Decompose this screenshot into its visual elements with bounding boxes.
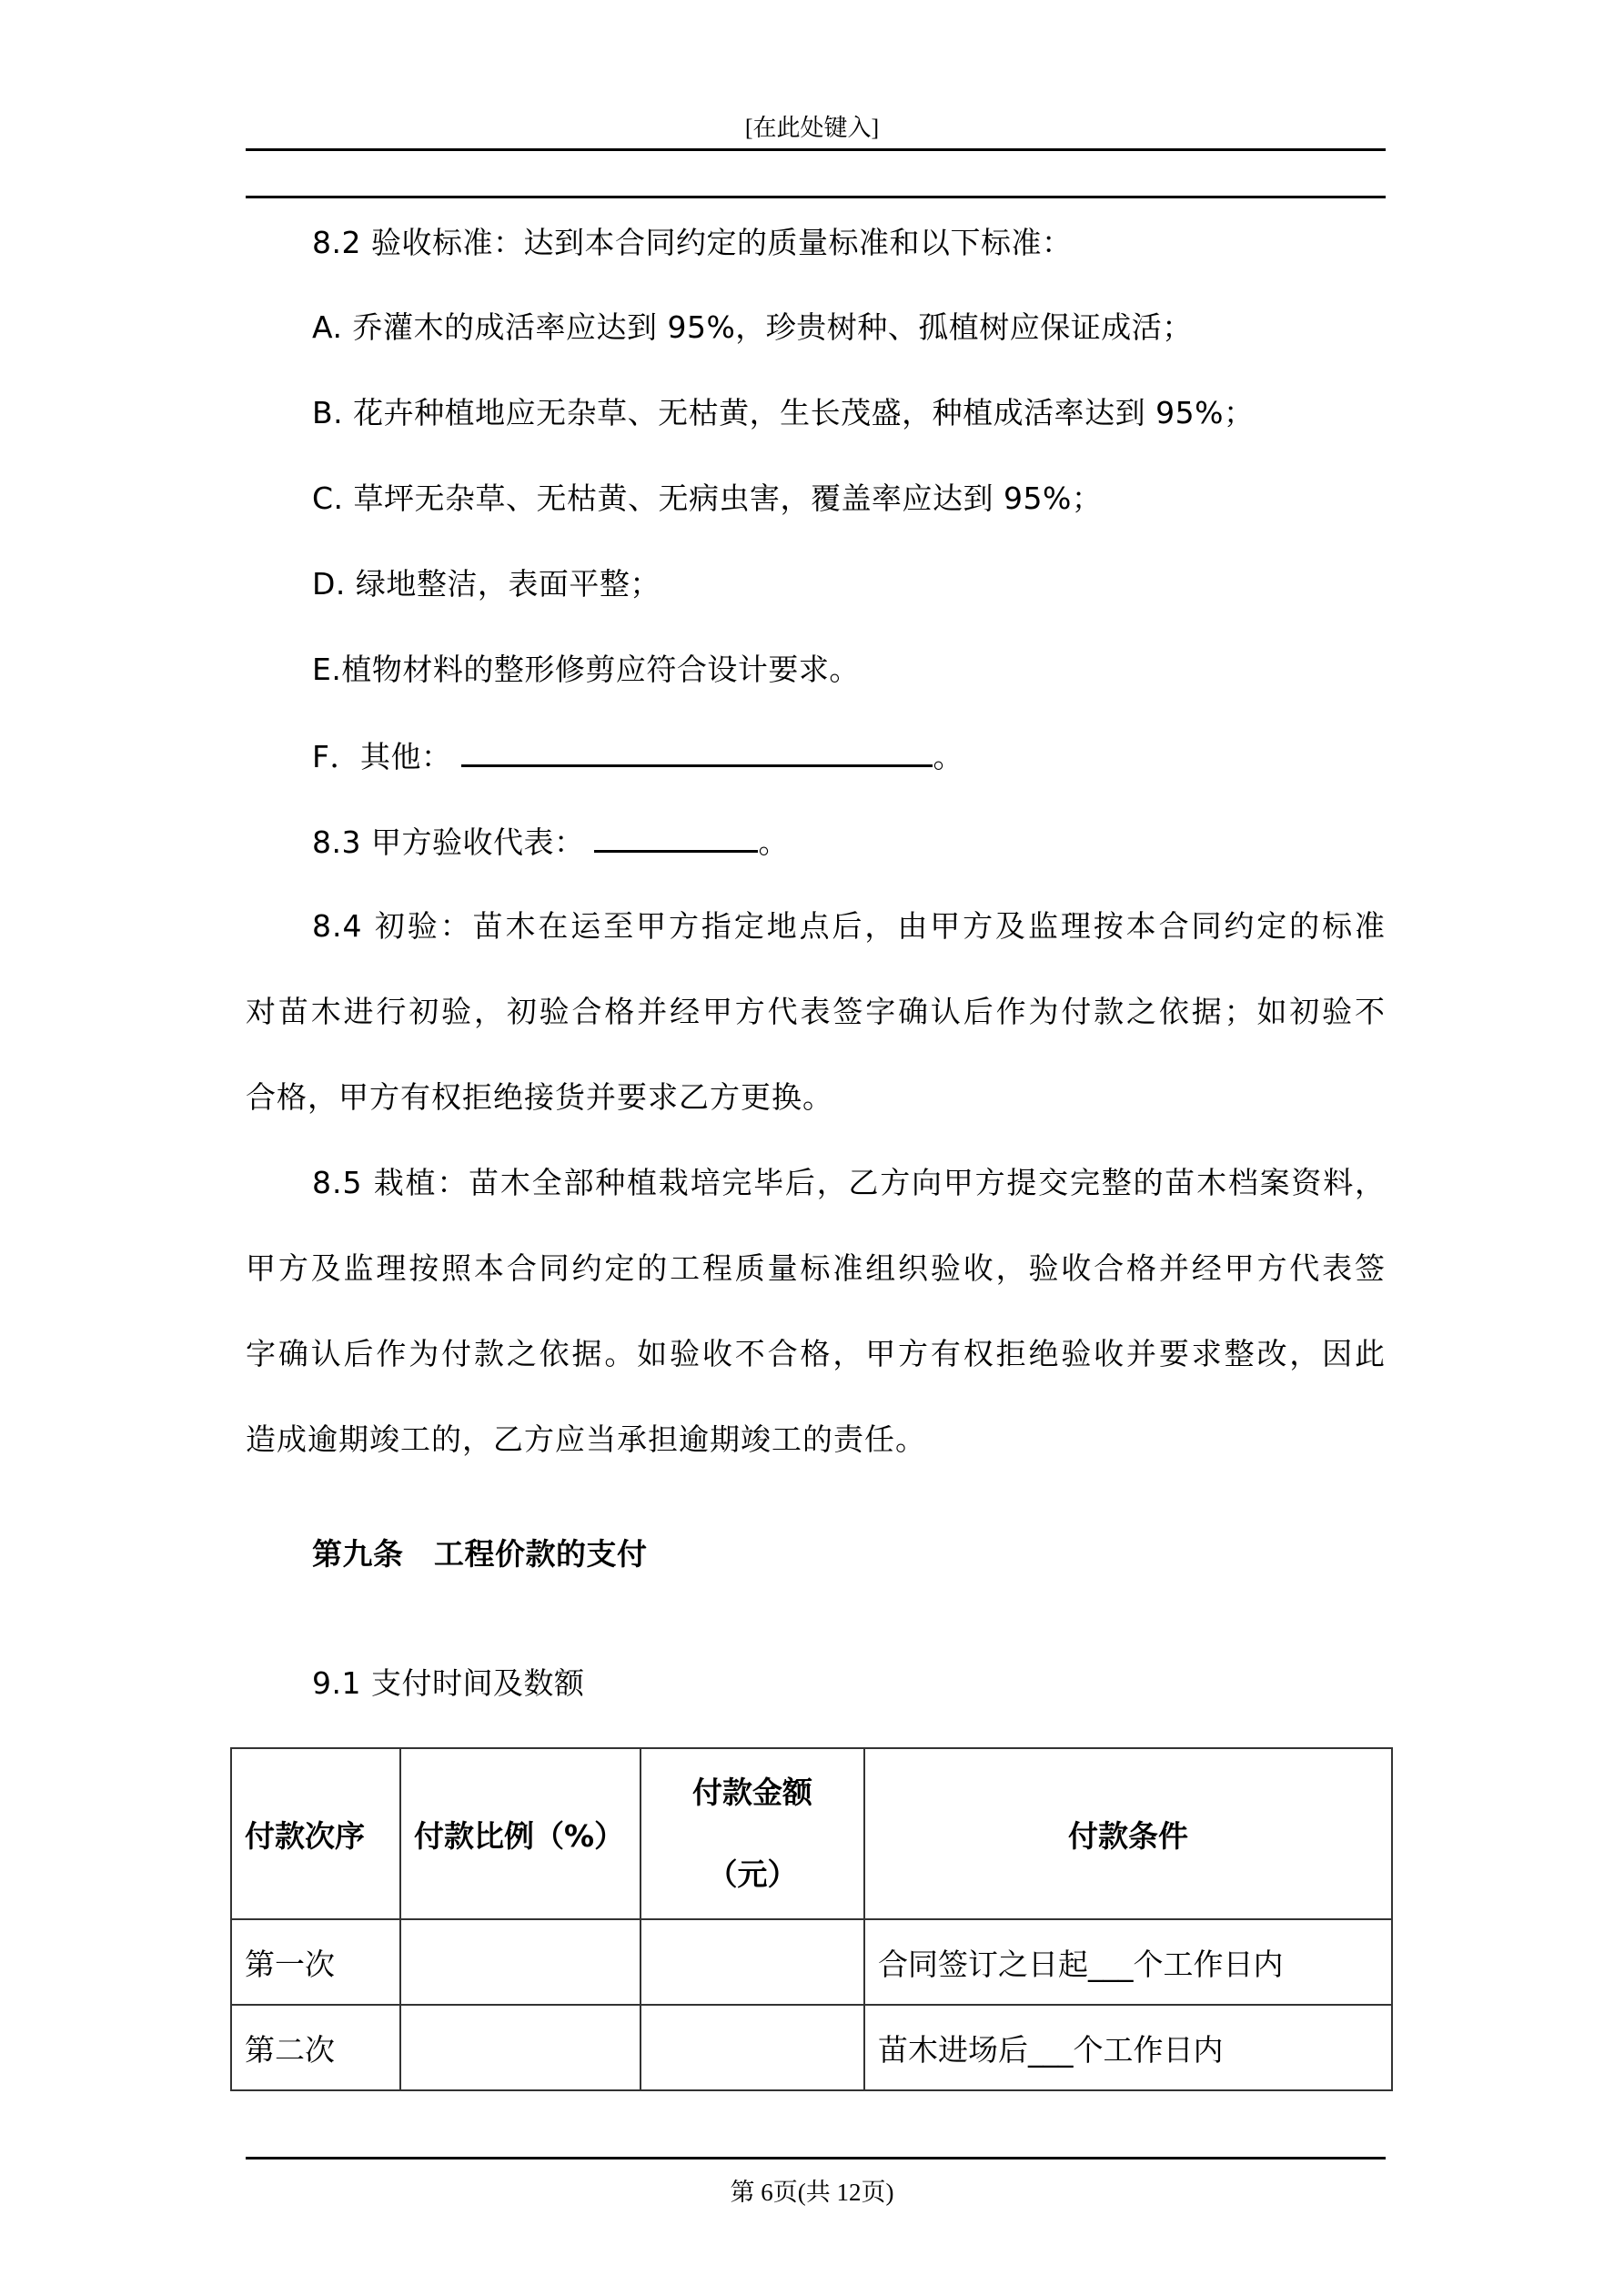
clause-8-4-line: 对苗木进行初验，初验合格并经甲方代表签字确认后作为付款之依据；如初验不 — [246, 994, 1386, 1079]
article-9-title: 第九条 工程价款的支付 — [312, 1536, 1452, 1573]
clause-8-4-line: 8.4 初验：苗木在运至甲方指定地点后，由甲方及监理按本合同约定的标准 — [246, 908, 1386, 994]
content-top-rule — [246, 196, 1386, 198]
criterion-f-blank-field[interactable] — [461, 737, 933, 767]
criterion-a: A. 乔灌木的成活率应达到 95%，珍贵树种、孤植树应保证成活； — [312, 309, 1452, 346]
criterion-d: D. 绿地整洁，表面平整； — [312, 566, 1452, 602]
clause-9-1: 9.1 支付时间及数额 — [312, 1665, 1452, 1702]
clause-8-5-line: 造成逾期竣工的，乙方应当承担逾期竣工的责任。 — [246, 1421, 1386, 1507]
clause-8-5-line: 8.5 栽植：苗木全部种植栽培完毕后，乙方向甲方提交完整的苗木档案资料， — [246, 1165, 1386, 1250]
header-payment-condition: 付款条件 — [864, 1748, 1392, 1919]
cell-ratio-field[interactable] — [400, 1919, 641, 2005]
page-header: [在此处键入] — [0, 115, 1624, 142]
cell-condition: 合同签订之日起___个工作日内 — [864, 1919, 1392, 2005]
header-payment-order: 付款次序 — [231, 1748, 400, 1919]
cell-order: 第二次 — [231, 2005, 400, 2090]
criterion-e: E.植物材料的整形修剪应符合设计要求。 — [312, 652, 1452, 688]
clause-8-5: 8.5 栽植：苗木全部种植栽培完毕后，乙方向甲方提交完整的苗木档案资料， 甲方及… — [246, 1165, 1386, 1507]
clause-8-3-end: 。 — [758, 824, 789, 860]
cell-amount-field[interactable] — [641, 2005, 864, 2090]
acceptance-representative-blank-field[interactable] — [594, 823, 758, 853]
header-payment-ratio: 付款比例（%） — [400, 1748, 641, 1919]
criterion-b: B. 花卉种植地应无杂草、无枯黄，生长茂盛，种植成活率达到 95%； — [312, 395, 1452, 431]
cell-condition: 苗木进场后___个工作日内 — [864, 2005, 1392, 2090]
criterion-f: F．其他： 。 — [312, 737, 1452, 775]
cell-order: 第一次 — [231, 1919, 400, 2005]
criterion-c: C. 草坪无杂草、无枯黄、无病虫害，覆盖率应达到 95%； — [312, 480, 1452, 517]
clause-8-5-line: 甲方及监理按照本合同约定的工程质量标准组织验收，验收合格并经甲方代表签 — [246, 1250, 1386, 1336]
header-payment-amount: 付款金额 （元） — [641, 1748, 864, 1919]
page-number: 第 6页(共 12页) — [0, 2178, 1624, 2207]
table-header-row: 付款次序 付款比例（%） 付款金额 （元） 付款条件 — [231, 1748, 1392, 1919]
clause-8-3: 8.3 甲方验收代表： 。 — [312, 823, 1452, 861]
criterion-f-end: 。 — [933, 739, 963, 774]
cell-amount-field[interactable] — [641, 1919, 864, 2005]
header-payment-amount-label: 付款金额 — [654, 1775, 851, 1811]
clause-8-5-line: 字确认后作为付款之依据。如验收不合格，甲方有权拒绝验收并要求整改，因此 — [246, 1336, 1386, 1421]
clause-8-4-line: 合格，甲方有权拒绝接货并要求乙方更换。 — [246, 1079, 1386, 1165]
criterion-f-label: F．其他： — [312, 739, 451, 774]
footer-rule — [246, 2157, 1386, 2159]
clause-8-2: 8.2 验收标准：达到本合同约定的质量标准和以下标准： — [312, 225, 1452, 261]
header-rule — [246, 148, 1386, 151]
table-row: 第一次 合同签订之日起___个工作日内 — [231, 1919, 1392, 2005]
header-payment-amount-unit: （元） — [654, 1856, 851, 1893]
cell-ratio-field[interactable] — [400, 2005, 641, 2090]
clause-8-3-label: 8.3 甲方验收代表： — [312, 824, 584, 860]
table-row: 第二次 苗木进场后___个工作日内 — [231, 2005, 1392, 2090]
payment-schedule-table: 付款次序 付款比例（%） 付款金额 （元） 付款条件 第一次 合同签订之日起__… — [230, 1747, 1393, 2091]
clause-8-4: 8.4 初验：苗木在运至甲方指定地点后，由甲方及监理按本合同约定的标准 对苗木进… — [246, 908, 1386, 1165]
